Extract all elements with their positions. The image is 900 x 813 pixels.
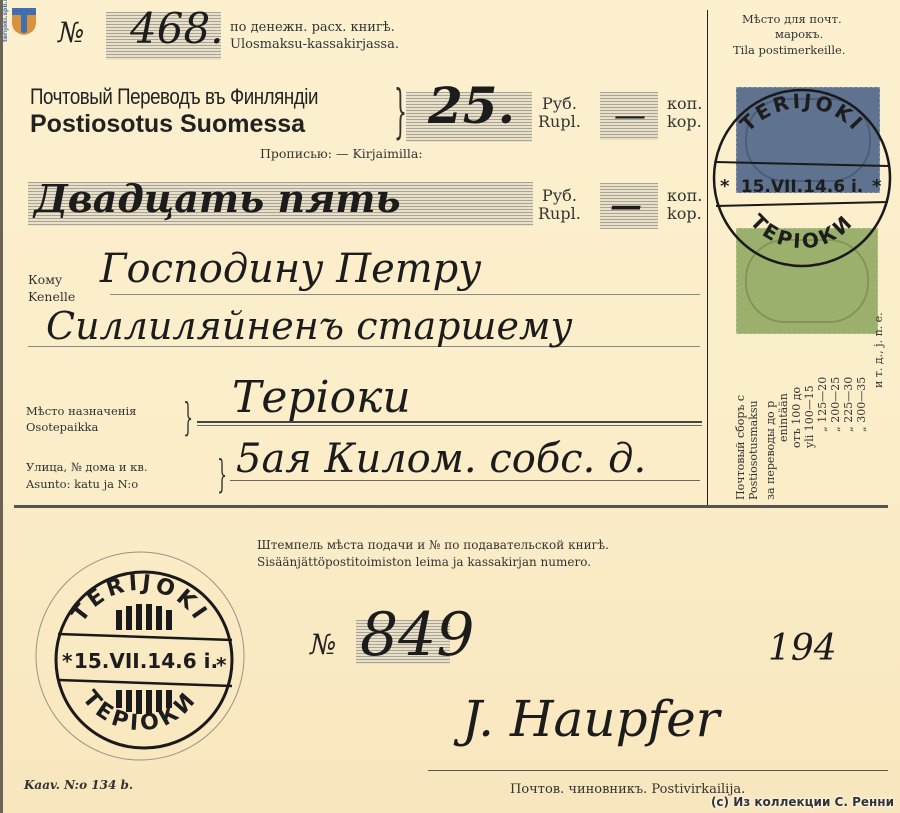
stamp-area-label-ru-1: Мѣсто для почт. bbox=[742, 12, 842, 27]
svg-text:*: * bbox=[720, 176, 730, 197]
fee-table: Почтовый сборъ с Postiosotusmaksu за пер… bbox=[734, 312, 885, 500]
destination-value[interactable]: Терiоки bbox=[232, 372, 411, 423]
collection-watermark: (c) Из коллекции С. Ренни bbox=[711, 795, 894, 809]
number-sign: № bbox=[58, 16, 85, 49]
clerk-signature: J. Haupfer bbox=[462, 690, 720, 748]
address-value[interactable]: 5ая Килом. собс. д. bbox=[236, 436, 646, 482]
address-label-fi: Asunto: katu ja N:o bbox=[26, 477, 138, 492]
year-value: 194 bbox=[768, 628, 837, 669]
stamp-area-label-ru-2: марокъ. bbox=[775, 27, 823, 42]
site-logo-label: terijoki.spb.ru bbox=[4, 8, 14, 44]
postmark-submission: TERIJOKI 15.VII.14.6 i. * * ТЕРІОКИ bbox=[32, 548, 248, 764]
kop-label-fi-2: kop. bbox=[667, 205, 702, 223]
left-edge bbox=[0, 0, 3, 813]
svg-text:15.VII.14.6 i.: 15.VII.14.6 i. bbox=[741, 177, 864, 197]
money-order-form: terijoki.spb.ru № 468. по денежн. расх. … bbox=[0, 0, 900, 813]
section-separator bbox=[14, 505, 888, 508]
in-words-kopecks-value: — bbox=[610, 186, 642, 224]
rub-label-fi: Rupl. bbox=[538, 113, 581, 131]
submission-number-value: 849 bbox=[360, 600, 475, 670]
address-label-ru: Улица, № дома и кв. bbox=[26, 460, 147, 475]
title-ru: Почтовый Переводъ въ Финляндіи bbox=[30, 84, 318, 110]
svg-text:ТЕРІОКИ: ТЕРІОКИ bbox=[746, 209, 859, 254]
destination-brace: } bbox=[183, 398, 193, 436]
stamp-area-label-fi: Tila postimerkeille. bbox=[733, 43, 846, 58]
submission-label-ru: Штемпель мѣста подачи и № по подавательс… bbox=[257, 538, 609, 553]
payout-number-value: 468. bbox=[130, 4, 224, 53]
kopecks-value: — bbox=[614, 96, 646, 134]
kop-label-ru: коп. bbox=[667, 95, 702, 113]
svg-text:15.VII.14.6 i.: 15.VII.14.6 i. bbox=[74, 649, 218, 673]
submission-label-fi: Sisäänjättöpostitoimiston leima ja kassa… bbox=[257, 555, 591, 570]
kop-label-fi: kop. bbox=[667, 113, 702, 131]
payout-book-ru: по денежн. расх. книгѣ. bbox=[230, 20, 395, 36]
rub-label-ru: Руб. bbox=[542, 95, 577, 113]
svg-text:TERIJOKI: TERIJOKI bbox=[735, 89, 869, 137]
destination-label-ru: Мѣсто назначенія bbox=[26, 404, 136, 419]
recipient-line-2-value[interactable]: Силлиляйненъ старшему bbox=[46, 304, 573, 348]
svg-text:*: * bbox=[62, 649, 73, 673]
terijoki-crest-icon[interactable] bbox=[10, 6, 38, 36]
kop-label-ru-2: коп. bbox=[667, 187, 702, 205]
svg-text:*: * bbox=[872, 176, 882, 197]
signature-line bbox=[428, 770, 888, 771]
recipient-label-ru: Кому bbox=[28, 272, 62, 288]
title-fi: Postiosotus Suomessa bbox=[30, 110, 305, 139]
rub-label-ru-2: Руб. bbox=[542, 187, 577, 205]
in-words-label: Прописью: — Kirjaimilla: bbox=[260, 146, 423, 162]
title-brace: } bbox=[394, 82, 407, 140]
postmark-on-stamps: TERIJOKI 15.VII.14.6 i. * * ТЕРІОКИ bbox=[706, 82, 898, 274]
destination-label-fi: Osotepaikka bbox=[26, 420, 98, 435]
submission-number-sign: № bbox=[310, 628, 337, 661]
address-brace: } bbox=[217, 455, 227, 493]
rub-label-fi-2: Rupl. bbox=[538, 205, 581, 223]
svg-text:*: * bbox=[216, 653, 227, 677]
in-words-value: Двадцать пять bbox=[34, 176, 401, 221]
form-code: Kaav. N:o 134 b. bbox=[24, 778, 133, 792]
rubles-value: 25. bbox=[428, 76, 515, 135]
destination-line-2 bbox=[197, 425, 702, 426]
payout-book-fi: Ulosmaksu-kassakirjassa. bbox=[230, 37, 399, 53]
recipient-line-1-value[interactable]: Господину Петру bbox=[100, 246, 481, 292]
recipient-label-fi: Kenelle bbox=[28, 289, 75, 305]
recipient-line-1 bbox=[110, 294, 700, 295]
